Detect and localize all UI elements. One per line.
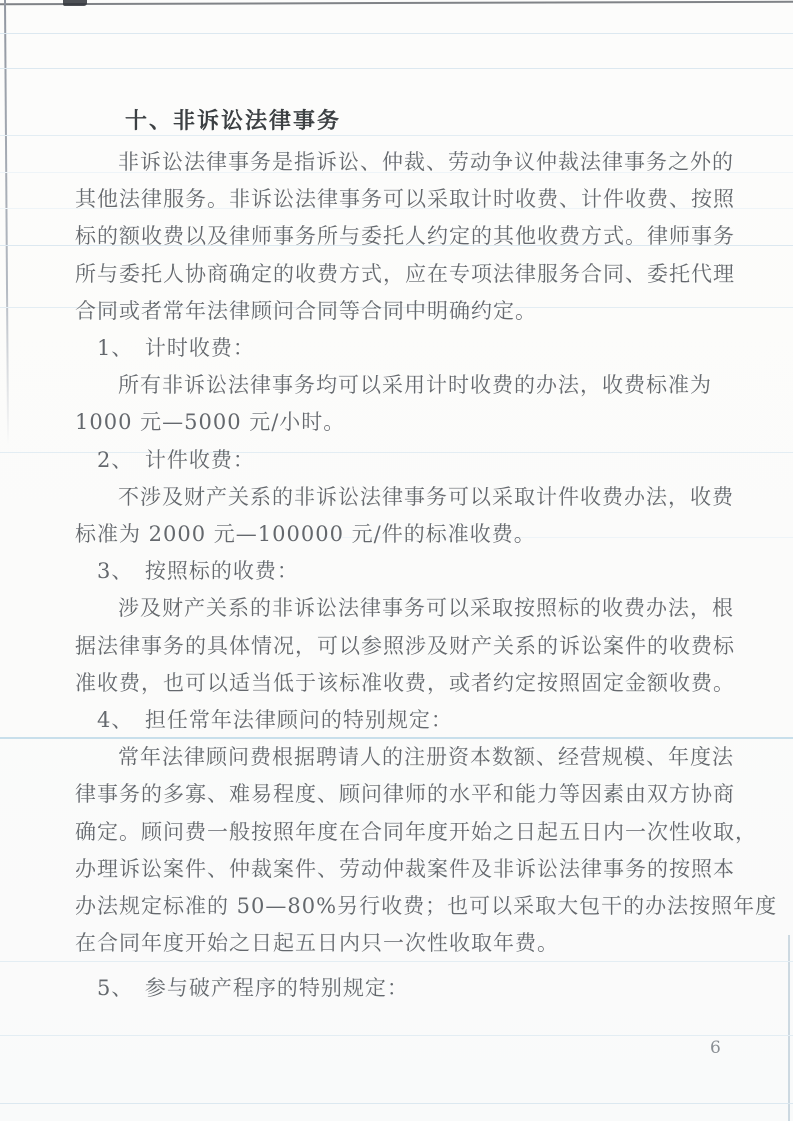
text-line: 办法规定标准的 50—80%另行收费；也可以采取大包干的办法按照年度 <box>75 892 777 920</box>
ruled-line <box>0 68 793 69</box>
numbered-item-line: 3、 按照标的收费： <box>97 557 299 585</box>
ruled-line <box>0 33 793 34</box>
scan-left-edge <box>4 0 9 445</box>
text-line: 办理诉讼案件、仲裁案件、劳动仲裁案件及非诉讼法律事务的按照本 <box>75 855 735 883</box>
numbered-item-line: 1、 计时收费： <box>97 334 255 362</box>
text-line: 标的额收费以及律师事务所与委托人约定的其他收费方式。律师事务 <box>75 222 735 250</box>
text-line: 所与委托人协商确定的收费方式，应在专项法律服务合同、委托代理 <box>75 260 735 288</box>
ruled-line <box>0 1103 793 1104</box>
numbered-item-line: 4、 担任常年法律顾问的特别规定： <box>97 706 453 734</box>
text-line: 律事务的多寡、难易程度、顾问律师的水平和能力等因素由双方协商 <box>75 780 735 808</box>
text-line: 其他法律服务。非诉讼法律事务可以采取计时收费、计件收费、按照 <box>75 185 735 213</box>
ruled-line <box>0 1035 793 1036</box>
text-line: 所有非诉讼法律事务均可以采用计时收费的办法，收费标准为 <box>118 371 712 399</box>
text-line: 涉及财产关系的非诉讼法律事务可以采取按照标的收费办法，根 <box>118 594 734 622</box>
ruled-line <box>0 135 793 136</box>
page-number: 6 <box>710 1038 721 1058</box>
text-line: 合同或者常年法律顾问合同等合同中明确约定。 <box>75 297 537 325</box>
ruled-line <box>0 961 793 962</box>
scan-top-edge <box>0 1 793 6</box>
scan-right-edge <box>788 935 790 1121</box>
text-line: 在合同年度开始之日起五日内只一次性收取年费。 <box>75 929 559 957</box>
text-line: 据法律事务的具体情况，可以参照涉及财产关系的诉讼案件的收费标 <box>75 632 735 660</box>
text-line: 常年法律顾问费根据聘请人的注册资本数额、经营规模、年度法 <box>118 743 734 771</box>
text-line: 准收费，也可以适当低于该标准收费，或者约定按照固定金额收费。 <box>75 669 735 697</box>
text-line: 1000 元—5000 元/小时。 <box>75 408 345 436</box>
text-line: 确定。顾问费一般按照年度在合同年度开始之日起五日内一次性收取， <box>75 818 757 846</box>
text-line: 非诉讼法律事务是指诉讼、仲裁、劳动争议仲裁法律事务之外的 <box>118 148 734 176</box>
text-line: 不涉及财产关系的非诉讼法律事务可以采取计件收费办法，收费 <box>118 483 734 511</box>
numbered-item-line: 2、 计件收费： <box>97 446 255 474</box>
numbered-item-line: 5、 参与破产程序的特别规定： <box>97 974 409 1002</box>
text-line: 标准为 2000 元—100000 元/件的标准收费。 <box>75 520 536 548</box>
scanned-document-page: 十、非诉讼法律事务 非诉讼法律事务是指诉讼、仲裁、劳动争议仲裁法律事务之外的其他… <box>0 0 793 1121</box>
scan-corner-mark <box>63 0 87 6</box>
section-heading: 十、非诉讼法律事务 <box>125 104 341 135</box>
ruled-line <box>0 737 793 739</box>
